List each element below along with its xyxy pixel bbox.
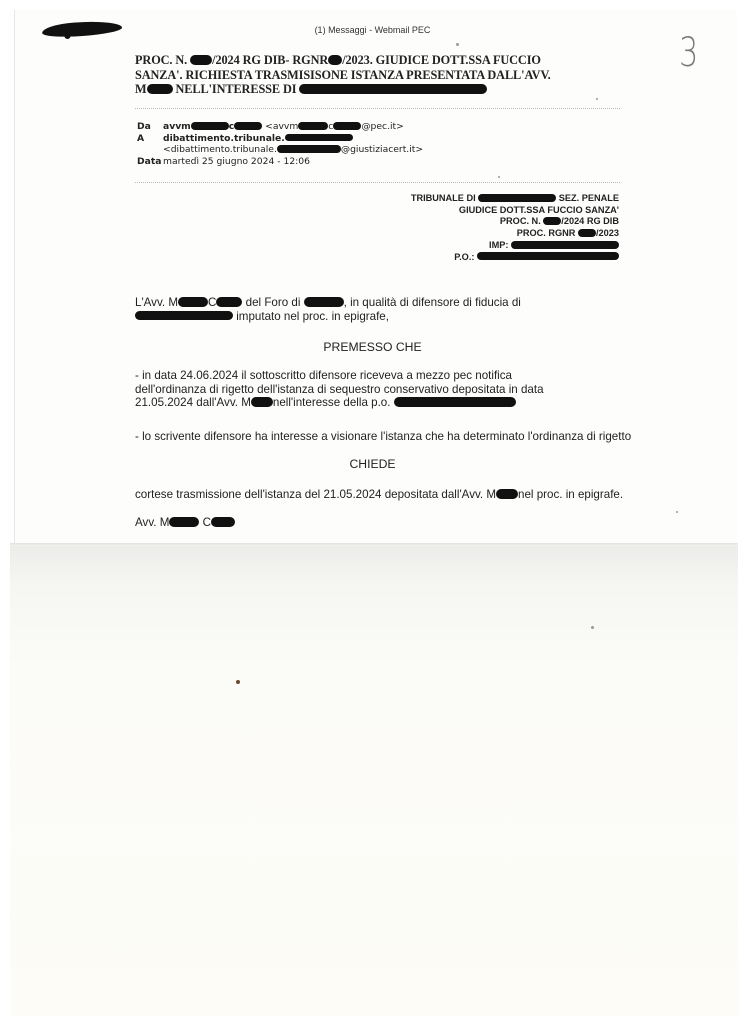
- date-value: martedì 25 giugno 2024 - 12:06: [163, 156, 310, 168]
- date-row: Data martedì 25 giugno 2024 - 12:06: [137, 156, 617, 168]
- signature: Avv. M C: [135, 516, 705, 530]
- chiede-heading: CHIEDE: [0, 457, 745, 471]
- scan-speck: [591, 626, 594, 629]
- court-addressee-block: TRIBUNALE DI SEZ. PENALE GIUDICE DOTT.SS…: [411, 193, 619, 263]
- redaction: [394, 397, 516, 407]
- redaction: [477, 252, 619, 260]
- redaction: [135, 311, 233, 321]
- redaction: [277, 145, 341, 153]
- redaction: [298, 122, 328, 130]
- redaction: [333, 122, 361, 130]
- redaction: [178, 297, 208, 307]
- from-value: avvmc <avvmc@pec.it>: [163, 121, 404, 133]
- to-label: A: [137, 133, 163, 145]
- redaction: [147, 84, 173, 94]
- redaction: [211, 517, 235, 527]
- subject-line-1: PROC. N. /2024 RG DIB- RGNR/2023. GIUDIC…: [135, 53, 635, 68]
- date-label: Data: [137, 156, 163, 168]
- from-label: Da: [137, 121, 163, 133]
- scanned-page-lower-half: [10, 546, 738, 1016]
- premise-point-1: - in data 24.06.2024 il sottoscritto dif…: [135, 369, 705, 410]
- request-paragraph: cortese trasmissione dell'istanza del 21…: [135, 488, 735, 502]
- header-separator-bottom: [135, 182, 620, 183]
- from-row: Da avvmc <avvmc@pec.it>: [137, 121, 617, 133]
- scan-speck: [498, 176, 500, 178]
- scan-speck: [676, 511, 678, 513]
- redaction: [478, 194, 556, 202]
- redaction: [578, 229, 596, 237]
- redaction: [234, 122, 262, 130]
- intro-paragraph: L'Avv. MC del Foro di , in qualità di di…: [135, 296, 705, 323]
- redaction: [251, 397, 273, 407]
- browser-print-title: (1) Messaggi - Webmail PEC: [0, 25, 745, 35]
- redaction: [299, 84, 487, 94]
- redaction: [190, 55, 212, 65]
- subject-line-3: M NELL'INTERESSE DI: [135, 82, 635, 97]
- email-headers: Da avvmc <avvmc@pec.it> A dibattimento.t…: [137, 121, 617, 167]
- scan-speck: [236, 680, 240, 684]
- redaction: [285, 134, 353, 142]
- to-address: <dibattimento.tribunale.@giustiziacert.i…: [137, 144, 617, 156]
- redaction: [216, 297, 242, 307]
- handwritten-page-number: 3: [679, 30, 698, 76]
- redaction: [169, 517, 199, 527]
- redaction: [511, 241, 619, 249]
- to-row: A dibattimento.tribunale.: [137, 133, 617, 145]
- scan-speck: [596, 98, 598, 100]
- scan-speck: [456, 43, 459, 46]
- redaction: [191, 122, 229, 130]
- redaction: [328, 55, 342, 65]
- premise-point-2: - lo scrivente difensore ha interesse a …: [135, 430, 735, 444]
- premesso-heading: PREMESSO CHE: [0, 340, 745, 354]
- redaction: [496, 489, 518, 499]
- subject-line-2: SANZA'. RICHIESTA TRASMISISONE ISTANZA P…: [135, 68, 635, 83]
- email-subject: PROC. N. /2024 RG DIB- RGNR/2023. GIUDIC…: [135, 53, 635, 97]
- redaction: [543, 217, 561, 225]
- redaction: [304, 297, 344, 307]
- to-value: dibattimento.tribunale.: [163, 133, 353, 145]
- header-separator-top: [135, 108, 620, 109]
